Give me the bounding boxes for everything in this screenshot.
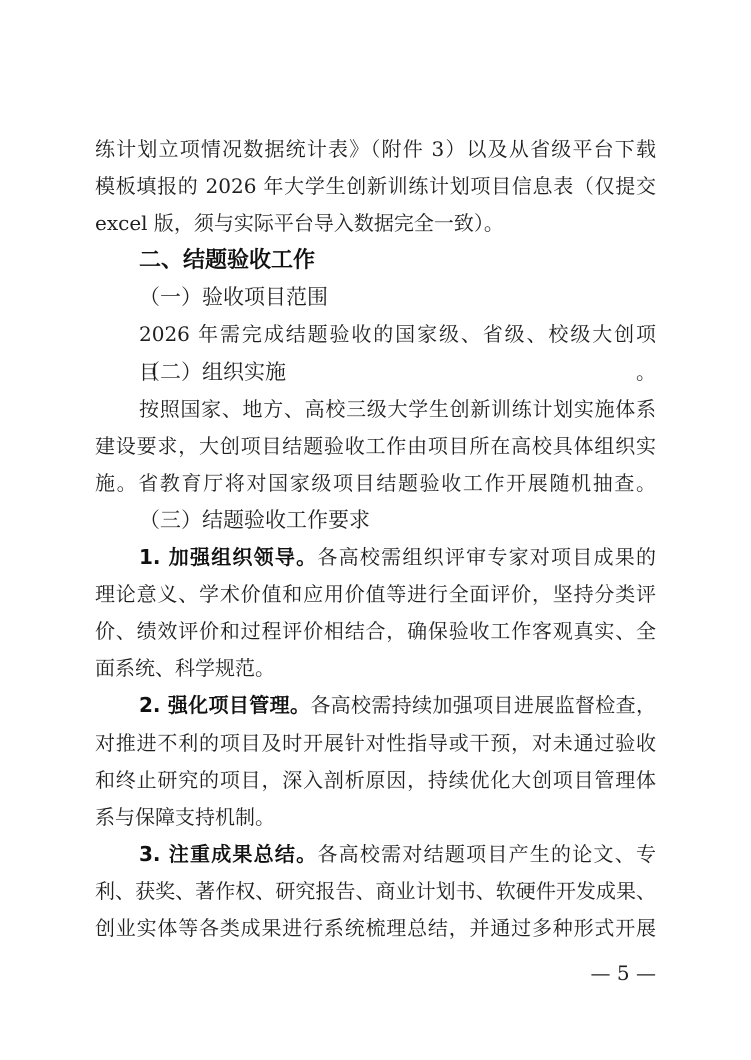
text-line-22: 创业实体等各类成果进行系统梳理总结，并通过多种形式开展 bbox=[95, 910, 656, 947]
heading-section-2: 二、结题验收工作 bbox=[95, 242, 656, 279]
bold-run-item-2: 2. 强化项目管理。 bbox=[139, 693, 310, 717]
text-line-3: excel 版，须与实际平台导入数据完全一致）。 bbox=[95, 205, 656, 242]
text-line-20: 3. 注重成果总结。各高校需对结题项目产生的论文、专 bbox=[95, 836, 656, 873]
heading-text: （二）组织实施 bbox=[139, 360, 286, 384]
heading-sub-3: （三）结题验收工作要求 bbox=[95, 502, 656, 539]
text-line-14: 价、绩效评价和过程评价相结合，确保验收工作客观真实、全 bbox=[95, 613, 656, 650]
body-text: 建设要求，大创项目结题验收工作由项目所在高校具体组织实 bbox=[95, 434, 656, 458]
body-text: 利、获奖、著作权、研究报告、商业计划书、软硬件开发成果、 bbox=[95, 879, 656, 903]
body-text: excel 版，须与实际平台导入数据完全一致）。 bbox=[95, 211, 504, 235]
heading-text: （三）结题验收工作要求 bbox=[139, 508, 370, 532]
body-text: 价、绩效评价和过程评价相结合，确保验收工作客观真实、全 bbox=[95, 619, 656, 643]
body-text: 各高校需对结题项目产生的论文、专 bbox=[317, 842, 656, 866]
text-line-2: 模板填报的 2026 年大学生创新训练计划项目信息表（仅提交 bbox=[95, 168, 656, 205]
text-line-10: 施。省教育厅将对国家级项目结题验收工作开展随机抽查。 bbox=[95, 465, 656, 502]
bold-run-item-1: 1. 加强组织领导。 bbox=[139, 545, 317, 569]
bold-run-item-3: 3. 注重成果总结。 bbox=[139, 842, 317, 866]
heading-text: 二、结题验收工作 bbox=[139, 248, 315, 273]
body-text: 对推进不利的项目及时开展针对性指导或干预，对未通过验收 bbox=[95, 731, 656, 755]
body-text: 各高校需组织评审专家对项目成果的 bbox=[317, 545, 656, 569]
document-body: 练计划立项情况数据统计表》（附件 3）以及从省级平台下载 模板填报的 2026 … bbox=[95, 131, 656, 947]
body-text: 练计划立项情况数据统计表》（附件 3）以及从省级平台下载 bbox=[95, 137, 656, 161]
text-line-12: 1. 加强组织领导。各高校需组织评审专家对项目成果的 bbox=[95, 539, 656, 576]
text-line-15: 面系统、科学规范。 bbox=[95, 650, 656, 687]
body-text: 按照国家、地方、高校三级大学生创新训练计划实施体系 bbox=[139, 397, 656, 421]
body-text: 各高校需持续加强项目进展监督检查， bbox=[310, 693, 656, 717]
text-line-19: 系与保障支持机制。 bbox=[95, 799, 656, 836]
body-text: 创业实体等各类成果进行系统梳理总结，并通过多种形式开展 bbox=[95, 916, 656, 940]
body-text: 系与保障支持机制。 bbox=[95, 805, 275, 829]
text-line-21: 利、获奖、著作权、研究报告、商业计划书、软硬件开发成果、 bbox=[95, 873, 656, 910]
text-line-6: 2026 年需完成结题验收的国家级、省级、校级大创项目。 bbox=[95, 316, 656, 353]
body-text: 理论意义、学术价值和应用价值等进行全面评价，坚持分类评 bbox=[95, 582, 656, 606]
text-line-18: 和终止研究的项目，深入剖析原因，持续优化大创项目管理体 bbox=[95, 762, 656, 799]
body-text: 面系统、科学规范。 bbox=[95, 656, 275, 680]
text-line-13: 理论意义、学术价值和应用价值等进行全面评价，坚持分类评 bbox=[95, 576, 656, 613]
page-number: — 5 — bbox=[591, 960, 656, 986]
text-line-17: 对推进不利的项目及时开展针对性指导或干预，对未通过验收 bbox=[95, 725, 656, 762]
text-line-16: 2. 强化项目管理。各高校需持续加强项目进展监督检查， bbox=[95, 687, 656, 724]
body-text: 和终止研究的项目，深入剖析原因，持续优化大创项目管理体 bbox=[95, 768, 656, 792]
heading-text: （一）验收项目范围 bbox=[139, 285, 328, 309]
text-line-9: 建设要求，大创项目结题验收工作由项目所在高校具体组织实 bbox=[95, 428, 656, 465]
body-text: 模板填报的 2026 年大学生创新训练计划项目信息表（仅提交 bbox=[95, 174, 656, 198]
document-page: 练计划立项情况数据统计表》（附件 3）以及从省级平台下载 模板填报的 2026 … bbox=[0, 0, 751, 1060]
heading-sub-1: （一）验收项目范围 bbox=[95, 279, 656, 316]
body-text: 施。省教育厅将对国家级项目结题验收工作开展随机抽查。 bbox=[95, 471, 656, 495]
text-line-8: 按照国家、地方、高校三级大学生创新训练计划实施体系 bbox=[95, 391, 656, 428]
text-line-1: 练计划立项情况数据统计表》（附件 3）以及从省级平台下载 bbox=[95, 131, 656, 168]
